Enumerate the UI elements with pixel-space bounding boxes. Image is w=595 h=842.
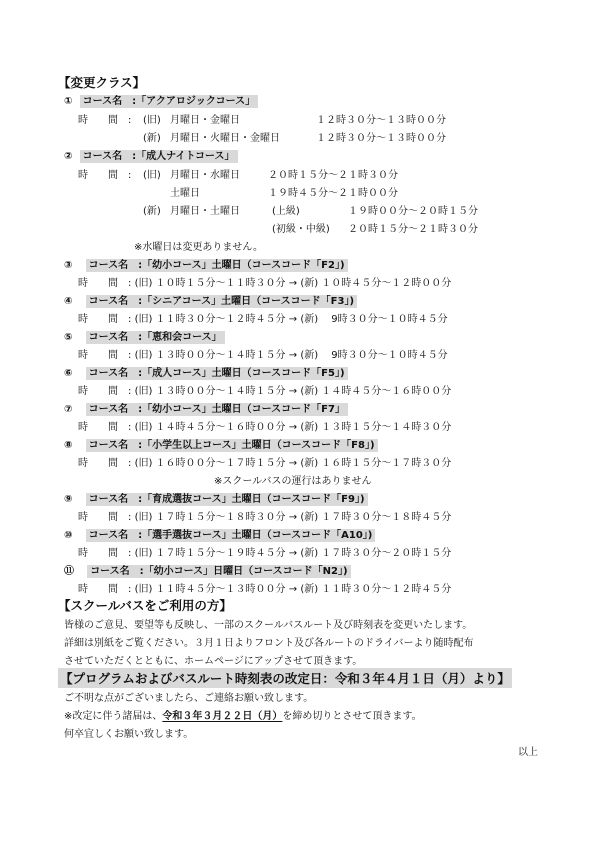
course-8-note: ※スクールバスの運行はありません xyxy=(214,472,371,487)
course-name: 「成人ナイトコース」 xyxy=(136,151,234,162)
course-2-header: ② コース名 :「成人ナイトコース」 xyxy=(64,147,238,162)
closing-mark: 以上 xyxy=(518,743,538,758)
course-8-header: ⑧ コース名 :「小学生以上コース」土曜日（コースコード「F8」) xyxy=(64,436,378,451)
old-time: (旧) １１時３０分～１２時４５分 xyxy=(135,314,286,325)
course-label: コース名 : xyxy=(90,566,144,577)
course-9-header: ⑨ コース名 :「育成選抜コース」土曜日（コースコード「F9」) xyxy=(64,490,368,505)
new-time-beginner: ２０時１５分～２１時３０分 xyxy=(348,220,478,235)
course-name: 「選手選抜コース」土曜日（コースコード「A10」) xyxy=(142,530,372,541)
course-11-header: ⑪ コース名 :「幼小コース」日曜日（コースコード「N2」) xyxy=(64,562,351,577)
course-8-time: 時 間 : (旧) １６時００分～１７時１５分 → (新) １６時１５分～１７時… xyxy=(78,454,451,469)
new-time: (新) １７時３０分～１８時４５分 xyxy=(300,512,451,523)
new-time: (新) １３時１５分～１４時３０分 xyxy=(300,422,451,433)
course-number: ① xyxy=(64,96,72,107)
note: ※水曜日は変更ありません。 xyxy=(134,238,263,253)
new-time: (新) １６時１５分～１７時３０分 xyxy=(300,458,451,469)
arrow-icon: → xyxy=(289,278,297,289)
course-11-time: 時 間 : (旧) １１時４５分～１３時００分 → (新) １１時３０分～１２時… xyxy=(78,580,451,595)
course-3-time: 時 間 : (旧) １０時１５分～１１時３０分 → (新) １０時４５分～１２時… xyxy=(78,274,451,289)
course-name: 「シニアコース」土曜日（コースコード「F3」) xyxy=(142,296,354,307)
course-number: ② xyxy=(64,151,72,162)
revision-date-banner: 【プログラムおよびバスルート時刻表の改定日：令和３年４月１日（月）より】 xyxy=(58,668,512,688)
old-prefix: (旧) xyxy=(143,166,161,181)
section-title-changed-classes: 【変更クラス】 xyxy=(58,73,145,91)
new-days: 月曜日・火曜日・金曜日 xyxy=(170,129,280,144)
course-7-time: 時 間 : (旧) １４時４５分～１６時００分 → (新) １３時１５分～１４時… xyxy=(78,418,451,433)
new-level-advanced: (上級) xyxy=(272,202,300,217)
bus-paragraph-line-1: 皆様のご意見、要望等も反映し、一部のスクールバスルート及び時刻表を変更いたします… xyxy=(64,616,472,631)
new-level-beginner: (初級・中級) xyxy=(272,220,330,235)
arrow-icon: → xyxy=(289,458,297,469)
course-5-time: 時 間 : (旧) １３時００分～１４時１５分 → (新) 9時３０分～１０時４… xyxy=(78,346,448,361)
course-label: コース名 : xyxy=(89,404,143,415)
new-days: 月曜日・土曜日 xyxy=(170,202,240,217)
arrow-icon: → xyxy=(289,512,297,523)
course-number: ⑧ xyxy=(64,440,72,451)
course-number: ③ xyxy=(64,260,72,271)
course-label: コース名 : xyxy=(89,296,143,307)
course-label: コース名 : xyxy=(89,494,143,505)
course-4-header: ④ コース名 :「シニアコース」土曜日（コースコード「F3」) xyxy=(64,292,357,307)
course-number: ⑩ xyxy=(64,530,72,541)
old-time: (旧) １７時１５分～１８時３０分 xyxy=(135,512,286,523)
course-number: ⑨ xyxy=(64,494,72,505)
old-days: 月曜日・金曜日 xyxy=(170,111,240,126)
time-label: 時 間 : xyxy=(78,386,131,397)
new-time: (新) １０時４５分～１２時００分 xyxy=(300,278,451,289)
course-name: 「幼小コース」日曜日（コースコード「N2」) xyxy=(144,566,348,577)
course-number: ⑤ xyxy=(64,332,72,343)
course-number: ⑪ xyxy=(64,566,74,577)
course-5-header: ⑤ コース名 :「恵和会コース」 xyxy=(64,328,225,343)
new-time: (新) １４時４５分～１６時００分 xyxy=(300,386,451,397)
arrow-icon: → xyxy=(289,314,297,325)
deadline-date: 令和３年３月２２日（月） xyxy=(162,711,282,722)
arrow-icon: → xyxy=(289,350,297,361)
time-label: 時 間 : xyxy=(78,314,131,325)
arrow-icon: → xyxy=(289,386,297,397)
arrow-icon: → xyxy=(289,548,297,559)
time-label: 時 間 : xyxy=(78,111,131,126)
course-10-header: ⑩ コース名 :「選手選抜コース」土曜日（コースコード「A10」) xyxy=(64,526,375,541)
old-days: 月曜日・水曜日 xyxy=(170,166,240,181)
new-time: (新) １７時３０分～２０時１５分 xyxy=(300,548,451,559)
new-time: (新) 9時３０分～１０時４５分 xyxy=(300,314,447,325)
arrow-icon: → xyxy=(289,422,297,433)
course-label: コース名 : xyxy=(83,151,137,162)
new-prefix: (新) xyxy=(143,129,161,144)
old-prefix: (旧) xyxy=(143,111,161,126)
course-name: 「幼小コース」土曜日（コースコード「F2」) xyxy=(142,260,344,271)
course-label: コース名 : xyxy=(89,530,143,541)
old-time: (旧) １４時４５分～１６時００分 xyxy=(135,422,286,433)
new-time: １２時３０分～１３時００分 xyxy=(316,129,446,144)
course-name: 「アクアロジックコース」 xyxy=(136,96,255,107)
new-prefix: (新) xyxy=(143,202,161,217)
course-number: ⑥ xyxy=(64,368,72,379)
course-6-time: 時 間 : (旧) １３時００分～１４時１５分 → (新) １４時４５分～１６時… xyxy=(78,382,451,397)
time-label: 時 間 : xyxy=(78,422,131,433)
course-name: 「恵和会コース」 xyxy=(142,332,222,343)
course-label: コース名 : xyxy=(89,440,143,451)
course-1-header: ① コース名 :「アクアロジックコース」 xyxy=(64,92,258,107)
time-label: 時 間 : xyxy=(78,166,131,181)
section-title-school-bus: 【スクールバスをご利用の方】 xyxy=(58,596,232,614)
closing-request: 何卒宜しくお願い致します。 xyxy=(64,725,193,740)
deadline-line: ※改定に伴う諸届は、令和３年３月２２日（月）を締め切りとさせて頂きます。 xyxy=(64,707,422,722)
new-time-advanced: １９時００分～２０時１５分 xyxy=(348,202,478,217)
time-label: 時 間 : xyxy=(78,584,131,595)
old-time: (旧) １３時００分～１４時１５分 xyxy=(135,386,286,397)
arrow-icon: → xyxy=(289,584,297,595)
course-name: 「成人コース」土曜日（コースコード「F5」) xyxy=(142,368,344,379)
course-number: ④ xyxy=(64,296,72,307)
course-number: ⑦ xyxy=(64,404,72,415)
course-6-header: ⑥ コース名 :「成人コース」土曜日（コースコード「F5」) xyxy=(64,364,348,379)
course-name: 「小学生以上コース」土曜日（コースコード「F8」) xyxy=(142,440,374,451)
course-label: コース名 : xyxy=(89,332,143,343)
time-label: 時 間 : xyxy=(78,458,131,469)
time-label: 時 間 : xyxy=(78,548,131,559)
time-label: 時 間 : xyxy=(78,350,131,361)
old-time: (旧) １１時４５分～１３時００分 xyxy=(135,584,286,595)
old-time: ２０時１５分～２１時３０分 xyxy=(268,166,398,181)
old-days-2: 土曜日 xyxy=(170,184,200,199)
course-name: 「幼小コース」土曜日（コースコード「F7」 xyxy=(142,404,345,415)
old-time: (旧) １６時００分～１７時１５分 xyxy=(135,458,286,469)
course-10-time: 時 間 : (旧) １７時１５分～１９時４５分 → (新) １７時３０分～２０時… xyxy=(78,544,451,559)
course-4-time: 時 間 : (旧) １１時３０分～１２時４５分 → (新) 9時３０分～１０時４… xyxy=(78,310,448,325)
course-3-header: ③ コース名 :「幼小コース」土曜日（コースコード「F2」) xyxy=(64,256,348,271)
new-time: (新) 9時３０分～１０時４５分 xyxy=(300,350,447,361)
old-time: (旧) １０時１５分～１１時３０分 xyxy=(135,278,286,289)
course-label: コース名 : xyxy=(89,260,143,271)
course-label: コース名 : xyxy=(83,96,137,107)
bus-paragraph-line-2: 詳細は別紙をご覧ください。３月１日よりフロント及び各ルートのドライバーより随時配… xyxy=(64,634,474,649)
old-time: １２時３０分～１３時００分 xyxy=(316,111,446,126)
course-7-header: ⑦ コース名 :「幼小コース」土曜日（コースコード「F7」 xyxy=(64,400,348,415)
old-time: (旧) １７時１５分～１９時４５分 xyxy=(135,548,286,559)
time-label: 時 間 : xyxy=(78,278,131,289)
contact-line: ご不明な点がございましたら、ご連絡お願い致します。 xyxy=(64,689,313,704)
course-label: コース名 : xyxy=(89,368,143,379)
deadline-prefix: ※改定に伴う諸届は、 xyxy=(64,711,162,722)
new-time: (新) １１時３０分～１２時４５分 xyxy=(300,584,451,595)
bus-paragraph-line-3: させていただくとともに、ホームページにアップさせて頂きます。 xyxy=(64,652,362,667)
deadline-suffix: を締め切りとさせて頂きます。 xyxy=(282,711,421,722)
old-time-2: １９時４５分～２１時００分 xyxy=(268,184,398,199)
course-9-time: 時 間 : (旧) １７時１５分～１８時３０分 → (新) １７時３０分～１８時… xyxy=(78,508,451,523)
old-time: (旧) １３時００分～１４時１５分 xyxy=(135,350,286,361)
course-name: 「育成選抜コース」土曜日（コースコード「F9」) xyxy=(142,494,364,505)
time-label: 時 間 : xyxy=(78,512,131,523)
